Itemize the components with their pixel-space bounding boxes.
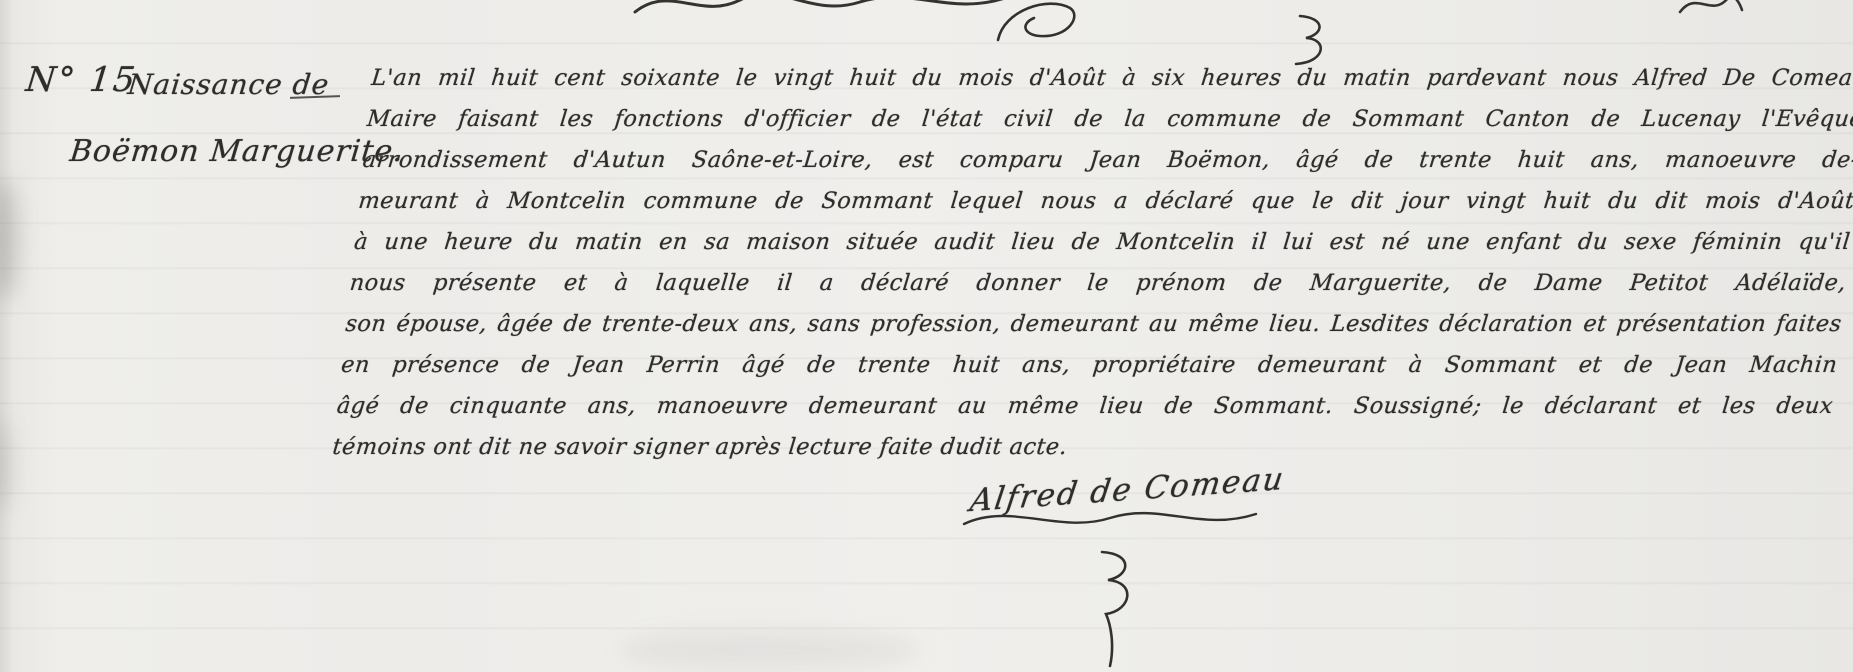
record-child-name: Boëmon Marguerite. [68, 134, 405, 169]
scan-edge-smudge [0, 420, 12, 510]
bottom-paraphe-squiggle [1082, 548, 1152, 668]
act-body-text: L'an mil huit cent soixante le vingt hui… [330, 58, 1853, 468]
act-line: âgé de cinquante ans, manoeuvre demeuran… [335, 386, 1835, 427]
record-number: N° 15 [24, 60, 139, 100]
act-line: arrondissement d'Autun Saône-et-Loire, e… [361, 140, 1853, 181]
top-cutoff-signature-flourish [630, 0, 1010, 16]
top-paraphe-flourish [990, 0, 1085, 48]
act-line: meurant à Montcelin commune de Sommant l… [356, 181, 1853, 222]
act-line: Maire faisant les fonctions d'officier d… [365, 99, 1853, 140]
top-right-cutoff-mark [1676, 0, 1746, 18]
act-line: L'an mil huit cent soixante le vingt hui… [369, 58, 1853, 99]
act-line: en présence de Jean Perrin âgé de trente… [339, 345, 1839, 386]
act-line: son épouse, âgée de trente-deux ans, san… [343, 304, 1843, 345]
scanned-birth-record-page: N° 15 Naissance de Boëmon Marguerite. L'… [0, 0, 1853, 672]
scan-smudge [620, 630, 920, 670]
act-line: nous présente et à laquelle il a déclaré… [348, 263, 1848, 304]
act-line: à une heure du matin en sa maison située… [352, 222, 1852, 263]
act-line: témoins ont dit ne savoir signer après l… [330, 427, 1830, 468]
scan-edge-smudge [0, 180, 18, 300]
mayor-signature: Alfred de Comeau [968, 461, 1288, 519]
